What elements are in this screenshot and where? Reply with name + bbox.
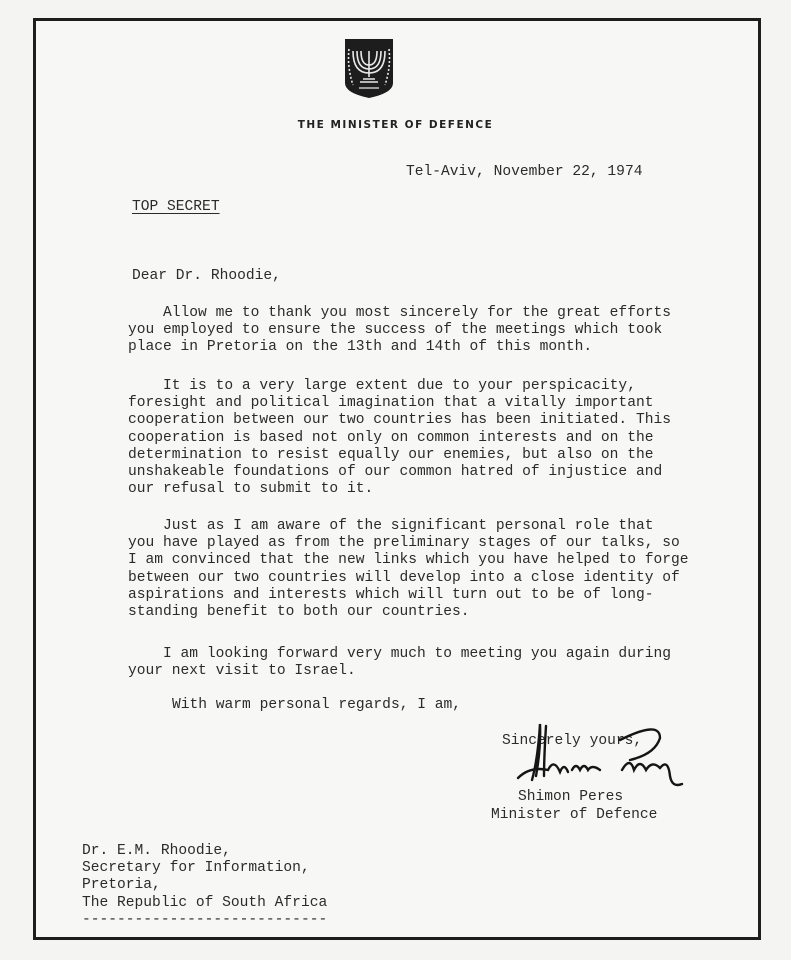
address-rule: ----------------------------: [82, 912, 327, 929]
paragraph-3: Just as I am aware of the significant pe…: [128, 518, 689, 621]
paragraph-1: Allow me to thank you most sincerely for…: [128, 305, 671, 357]
salutation: Dear Dr. Rhoodie,: [132, 268, 281, 285]
paragraph-4: I am looking forward very much to meetin…: [128, 646, 671, 680]
date-line: Tel-Aviv, November 22, 1974: [406, 164, 642, 181]
signer-title: Minister of Defence: [491, 807, 657, 824]
closing-line: With warm personal regards, I am,: [172, 697, 461, 714]
recipient-address: Dr. E.M. Rhoodie, Secretary for Informat…: [82, 843, 327, 912]
handwritten-signature-icon: [510, 718, 690, 788]
signer-name: Shimon Peres: [518, 789, 623, 806]
emblem-of-israel-icon: [343, 37, 395, 99]
classification-label: TOP SECRET: [132, 199, 220, 216]
letterhead-title: THE MINISTER OF DEFENCE: [0, 119, 791, 131]
paragraph-2: It is to a very large extent due to your…: [128, 378, 671, 498]
